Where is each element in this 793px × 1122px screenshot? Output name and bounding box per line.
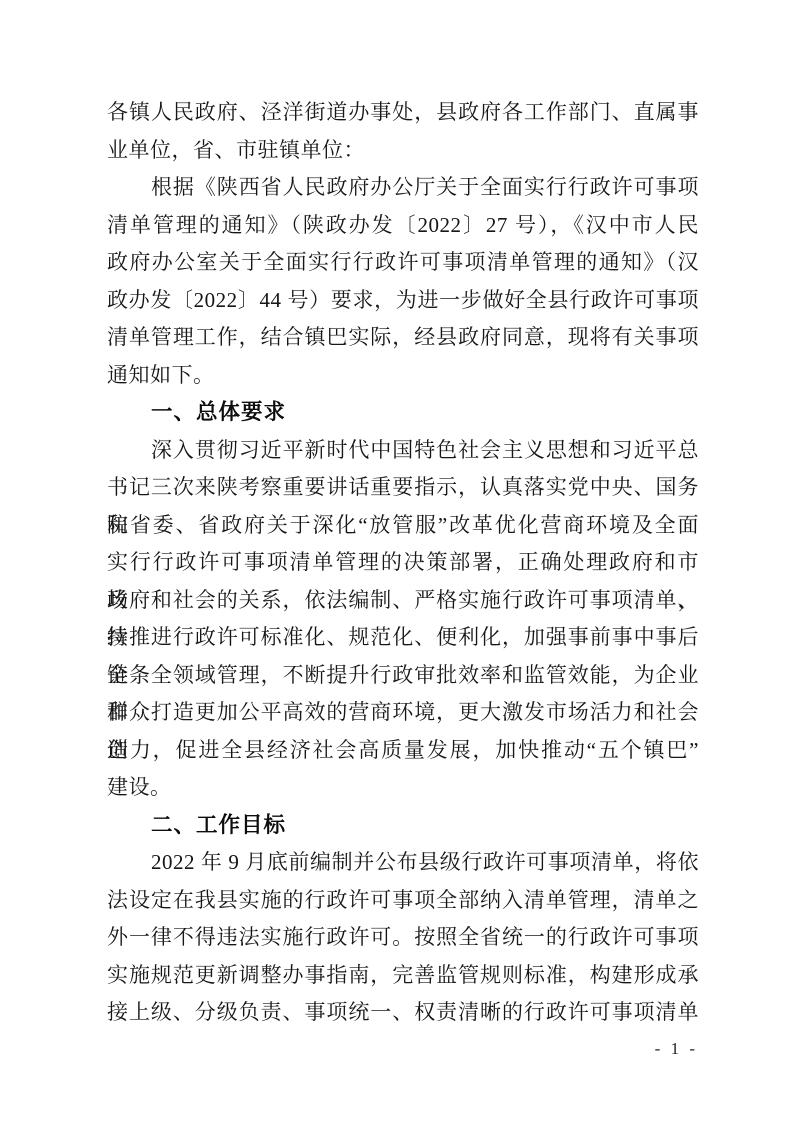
text-line: 建设。 (107, 769, 699, 807)
text-line: 接上级、分级负责、事项统一、权责清晰的行政许可事项清单 (107, 994, 699, 1032)
section-heading: 二、工作目标 (107, 807, 699, 845)
text-line: 业单位，省、市驻镇单位： (107, 132, 699, 170)
page-number: - 1 - (655, 1039, 698, 1059)
text-line: 链条全领域管理，不断提升行政审批效率和监管效能，为企业和 (107, 657, 699, 695)
text-line: 各镇人民政府、泾洋街道办事处，县政府各工作部门、直属事 (107, 94, 699, 132)
text-line: 群众打造更加公平高效的营商环境，更大激发市场活力和社会创 (107, 694, 699, 732)
text-line: 和省委、省政府关于深化“放管服”改革优化营商环境及全面 (107, 507, 699, 545)
text-line: 造力，促进全县经济社会高质量发展，加快推动“五个镇巴” (107, 732, 699, 770)
text-line: 政府和社会的关系，依法编制、严格实施行政许可事项清单，持 (107, 582, 699, 620)
text-line: 实行行政许可事项清单管理的决策部署，正确处理政府和市场、 (107, 544, 699, 582)
text-line: 根据《陕西省人民政府办公厅关于全面实行行政许可事项 (107, 169, 699, 207)
text-line: 通知如下。 (107, 357, 699, 395)
text-line: 实施规范更新调整办事指南，完善监管规则标准，构建形成承 (107, 957, 699, 995)
document-page: 各镇人民政府、泾洋街道办事处，县政府各工作部门、直属事业单位，省、市驻镇单位：根… (0, 0, 793, 1122)
text-line: 清单管理的通知》（陕政办发〔2022〕27 号），《汉中市人民 (107, 207, 699, 245)
text-line: 外一律不得违法实施行政许可。按照全省统一的行政许可事项 (107, 919, 699, 957)
text-line: 2022 年 9 月底前编制并公布县级行政许可事项清单，将依 (107, 844, 699, 882)
document-body: 各镇人民政府、泾洋街道办事处，县政府各工作部门、直属事业单位，省、市驻镇单位：根… (107, 94, 699, 1032)
text-line: 深入贯彻习近平新时代中国特色社会主义思想和习近平总 (107, 432, 699, 470)
section-heading: 一、总体要求 (107, 394, 699, 432)
text-line: 续推进行政许可标准化、规范化、便利化，加强事前事中事后全 (107, 619, 699, 657)
text-line: 法设定在我县实施的行政许可事项全部纳入清单管理，清单之 (107, 882, 699, 920)
text-line: 政府办公室关于全面实行行政许可事项清单管理的通知》（汉 (107, 244, 699, 282)
text-line: 政办发〔2022〕44 号）要求，为进一步做好全县行政许可事项 (107, 282, 699, 320)
text-line: 书记三次来陕考察重要讲话重要指示，认真落实党中央、国务院 (107, 469, 699, 507)
text-line: 清单管理工作，结合镇巴实际，经县政府同意，现将有关事项 (107, 319, 699, 357)
